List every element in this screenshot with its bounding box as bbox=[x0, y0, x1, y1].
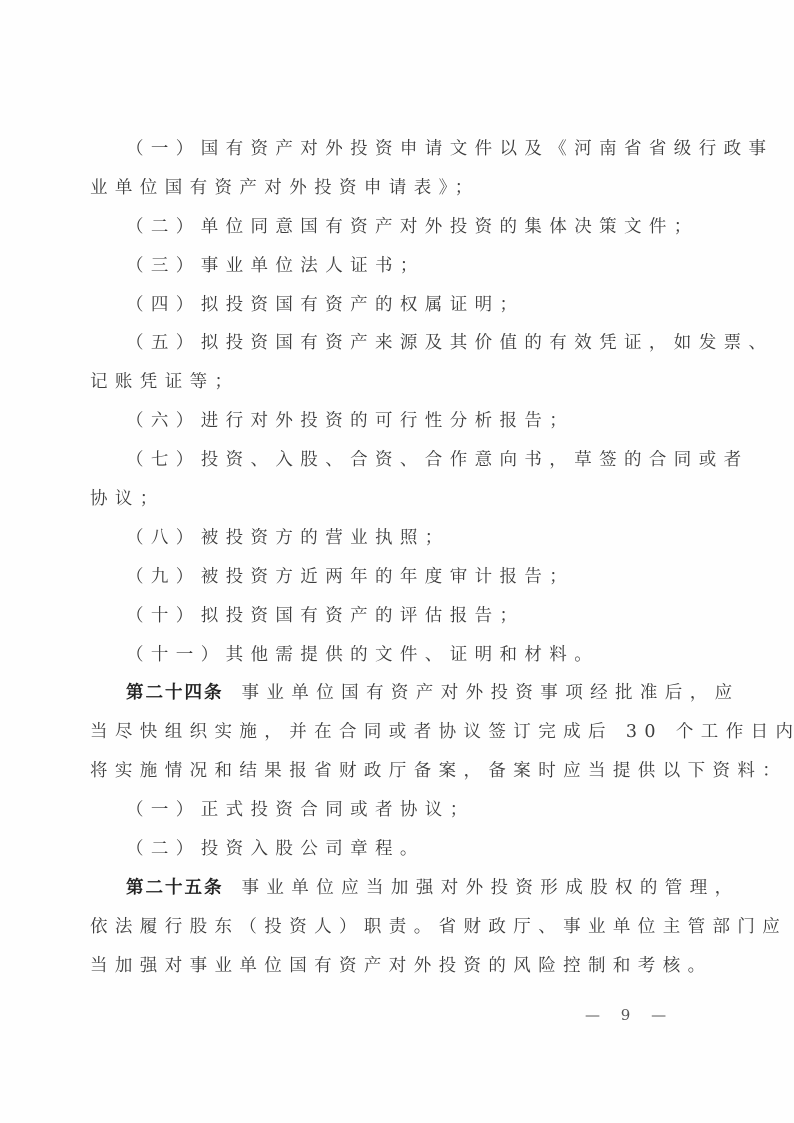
list-item-5-continued: 记账凭证等； bbox=[90, 363, 672, 402]
list-item-5: （五）拟投资国有资产来源及其价值的有效凭证，如发票、 bbox=[90, 324, 672, 363]
article-24-first-line: 事业单位国有资产对外投资事项经批准后，应 bbox=[242, 683, 740, 703]
list-item-8: （八）被投资方的营业执照； bbox=[90, 519, 672, 558]
list-item-10: （十）拟投资国有资产的评估报告； bbox=[90, 597, 672, 636]
list-item-11: （十一）其他需提供的文件、证明和材料。 bbox=[90, 636, 672, 675]
list-item-2: （二）单位同意国有资产对外投资的集体决策文件； bbox=[90, 208, 672, 247]
list-item-1-continued: 业单位国有资产对外投资申请表》； bbox=[90, 169, 672, 208]
article-24-item-1: （一）正式投资合同或者协议； bbox=[90, 791, 672, 830]
list-item-1: （一）国有资产对外投资申请文件以及《河南省省级行政事 bbox=[90, 130, 672, 169]
list-item-6: （六）进行对外投资的可行性分析报告； bbox=[90, 402, 672, 441]
article-25-line-2: 依法履行股东（投资人）职责。省财政厅、事业单位主管部门应 bbox=[90, 908, 672, 947]
article-25-first-line: 事业单位应当加强对外投资形成股权的管理， bbox=[242, 878, 740, 898]
document-page: （一）国有资产对外投资申请文件以及《河南省省级行政事 业单位国有资产对外投资申请… bbox=[0, 0, 794, 1123]
article-24-heading: 第二十四条 bbox=[126, 683, 224, 703]
article-24-paragraph: 第二十四条事业单位国有资产对外投资事项经批准后，应 bbox=[90, 674, 672, 713]
article-24-line-3: 将实施情况和结果报省财政厅备案，备案时应当提供以下资料： bbox=[90, 752, 672, 791]
article-24-line-2: 当尽快组织实施，并在合同或者协议签订完成后 30 个工作日内 bbox=[90, 713, 672, 752]
list-item-7: （七）投资、入股、合资、合作意向书，草签的合同或者 bbox=[90, 441, 672, 480]
article-25-paragraph: 第二十五条事业单位应当加强对外投资形成股权的管理， bbox=[90, 869, 672, 908]
article-25-heading: 第二十五条 bbox=[126, 878, 224, 898]
list-item-9: （九）被投资方近两年的年度审计报告； bbox=[90, 558, 672, 597]
article-25-line-3: 当加强对事业单位国有资产对外投资的风险控制和考核。 bbox=[90, 947, 672, 986]
article-24-item-2: （二）投资入股公司章程。 bbox=[90, 830, 672, 869]
list-item-7-continued: 协议； bbox=[90, 480, 672, 519]
document-body: （一）国有资产对外投资申请文件以及《河南省省级行政事 业单位国有资产对外投资申请… bbox=[90, 130, 672, 986]
list-item-4: （四）拟投资国有资产的权属证明； bbox=[90, 286, 672, 325]
page-number: — 9 — bbox=[585, 1006, 674, 1024]
list-item-3: （三）事业单位法人证书； bbox=[90, 247, 672, 286]
